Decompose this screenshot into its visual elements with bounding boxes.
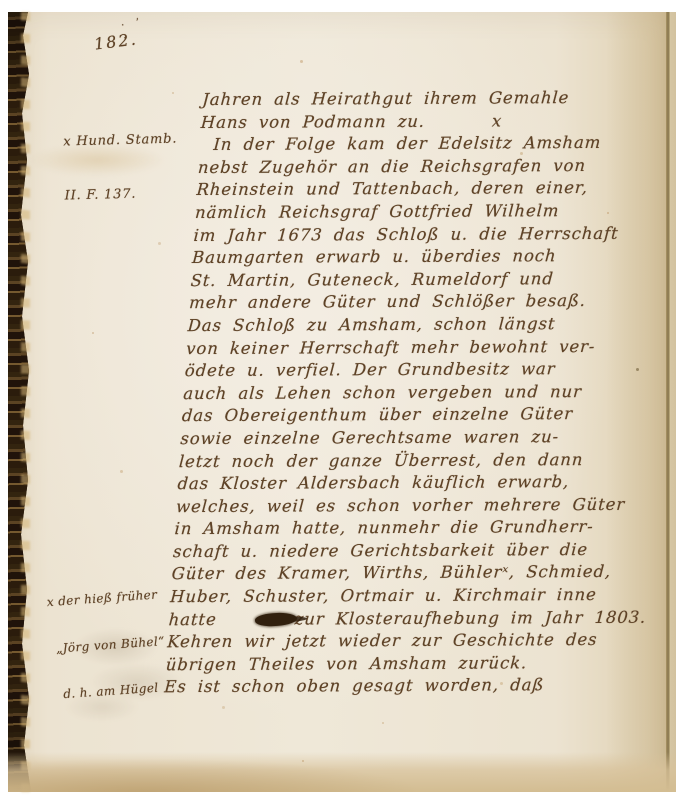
text-line: von keiner Herrschaft mehr bewohnt ver- bbox=[185, 336, 638, 361]
text-line: Jahren als Heirathgut ihrem Gemahle bbox=[202, 88, 655, 113]
foxing-speck bbox=[436, 98, 438, 100]
text-line: Baumgarten erwarb u. überdies noch bbox=[191, 246, 644, 271]
text-line: letzt noch der ganze Überrest, den dann bbox=[178, 449, 631, 474]
text-line: auch als Lehen schon vergeben und nur bbox=[183, 381, 636, 406]
foxing-speck bbox=[500, 682, 503, 685]
binding-edge-highlight bbox=[21, 12, 30, 792]
foxing-speck bbox=[470, 300, 472, 302]
foxing-speck bbox=[382, 722, 384, 724]
text-line: nebst Zugehör an die Reichsgrafen von bbox=[197, 155, 650, 180]
text-line: Hans von Podmann zu. x bbox=[200, 110, 653, 135]
foxing-speck bbox=[636, 368, 639, 371]
foxing-speck bbox=[158, 242, 161, 245]
foxing-speck bbox=[607, 212, 609, 214]
margin-note-reference-line1: x Hund. Stamb. bbox=[63, 131, 177, 152]
foxing-speck bbox=[558, 502, 560, 504]
text-line: schaft u. niedere Gerichtsbarkeit über d… bbox=[172, 540, 625, 565]
text-line: Güter des Kramer, Wirths, Bühlerˣ, Schmi… bbox=[171, 562, 624, 587]
margin-note-footnote: x der hieß früher „Jörg von Bühel“ d. h.… bbox=[44, 556, 170, 734]
foxing-speck bbox=[92, 332, 94, 334]
margin-note-footnote-line1: x der hieß früher bbox=[46, 587, 162, 610]
margin-note-reference: x Hund. Stamb. II. F. 137. bbox=[62, 95, 180, 242]
handwritten-text-body: Jahren als Heirathgut ihrem GemahleHans … bbox=[164, 88, 655, 701]
text-line: das Obereigenthum über einzelne Güter bbox=[181, 404, 634, 429]
text-line: mehr andere Güter und Schlößer besaß. bbox=[188, 291, 641, 316]
text-line: hatte zur Klosteraufhebung im Jahr 1803. bbox=[168, 607, 621, 632]
text-line: Kehren wir jetzt wieder zur Geschichte d… bbox=[166, 630, 619, 655]
text-line: In der Folge kam der Edelsitz Amsham bbox=[199, 133, 652, 158]
margin-note-footnote-line3: d. h. am Hügel bbox=[53, 680, 169, 703]
text-line: welches, weil es schon vorher mehrere Gü… bbox=[175, 494, 628, 519]
foxing-speck bbox=[222, 706, 225, 709]
foxing-speck bbox=[350, 420, 352, 422]
text-line: übrigen Theiles von Amsham zurück. bbox=[165, 653, 618, 678]
text-line: im Jahr 1673 das Schloß u. die Herrschaf… bbox=[193, 223, 646, 248]
text-line: Das Schloß zu Amsham, schon längst bbox=[187, 314, 640, 339]
text-line: ödete u. verfiel. Der Grundbesitz war bbox=[184, 359, 637, 384]
text-line: in Amsham hatte, nunmehr die Grundherr- bbox=[174, 517, 627, 542]
manuscript-scan: · ʼ · 182. x Hund. Stamb. II. F. 137. x … bbox=[0, 0, 683, 800]
foxing-speck bbox=[520, 152, 523, 155]
bottom-stain-band bbox=[8, 752, 676, 792]
text-line: Rheinstein und Tattenbach, deren einer, bbox=[196, 178, 649, 203]
foxing-speck bbox=[120, 470, 123, 473]
right-page-edge-line bbox=[666, 12, 670, 792]
text-line: sowie einzelne Gerechtsame waren zu- bbox=[180, 427, 633, 452]
manuscript-page: · ʼ · 182. x Hund. Stamb. II. F. 137. x … bbox=[8, 12, 676, 792]
page-number: 182. bbox=[93, 29, 139, 53]
text-line: Huber, Schuster, Ortmair u. Kirchmair in… bbox=[169, 585, 622, 610]
foxing-speck bbox=[300, 60, 303, 63]
text-line: nämlich Reichsgraf Gottfried Wilhelm bbox=[194, 201, 647, 226]
text-line: Es ist schon oben gesagt worden, daß bbox=[164, 675, 617, 700]
text-line: St. Martin, Guteneck, Rumeldorf und bbox=[190, 268, 643, 293]
margin-note-footnote-line2: „Jörg von Bühel“ bbox=[50, 634, 166, 657]
foxing-speck bbox=[302, 760, 304, 762]
text-line: das Kloster Aldersbach käuflich erwarb, bbox=[177, 472, 630, 497]
foxing-speck bbox=[172, 92, 174, 94]
margin-note-reference-line2: II. F. 137. bbox=[64, 185, 178, 206]
